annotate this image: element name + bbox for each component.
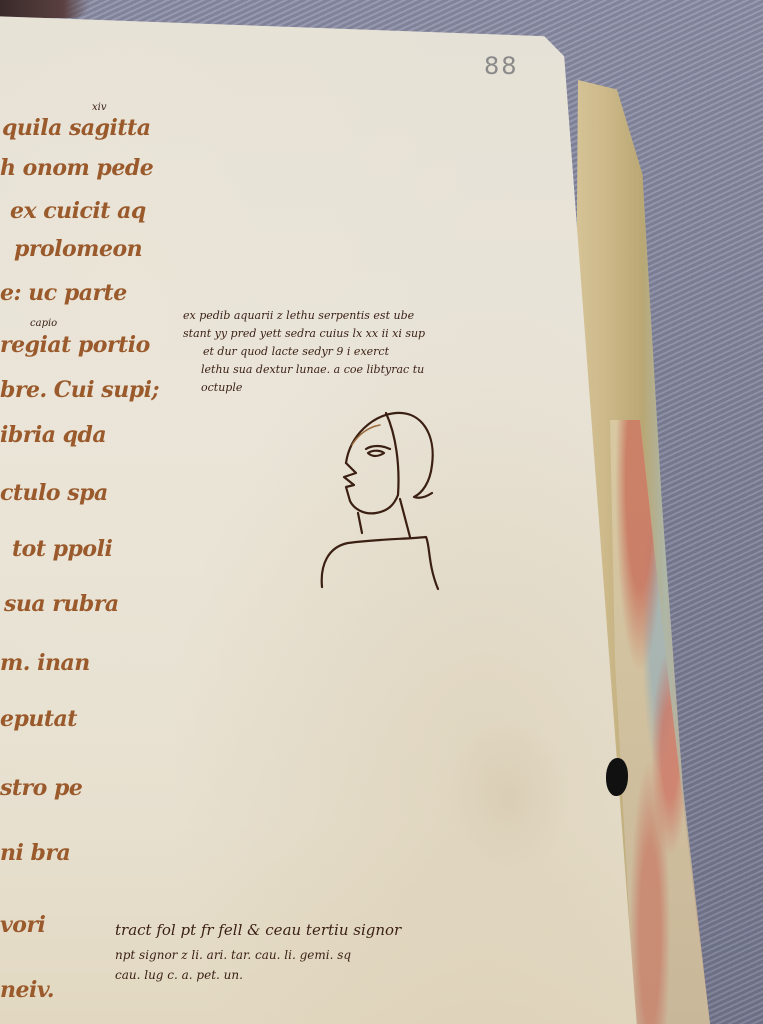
main-text-line: sua rubra	[4, 591, 119, 617]
gloss-line: stant yy pred yett sedra cuius lx xx ii …	[183, 325, 583, 343]
bottom-gloss: tract fol pt fr fell & ceau tertiu signo…	[115, 915, 645, 985]
main-text-line: neiv.	[0, 977, 54, 1003]
main-text-line: bre. Cui supi;	[0, 377, 159, 403]
main-text-line: tot ppoli	[12, 536, 112, 562]
folio-number: 88	[484, 52, 519, 80]
gloss-line: npt signor z li. ari. tar. cau. li. gemi…	[115, 945, 645, 965]
main-text-line: regiat portio	[0, 332, 150, 358]
interlinear-note: capio	[30, 318, 57, 329]
main-text-line: prolomeon	[14, 236, 142, 262]
gloss-line: octuple	[183, 379, 583, 397]
gloss-line: et dur quod lacte sedyr 9 i exerct	[183, 343, 583, 361]
gloss-line: cau. lug c. a. pet. un.	[115, 965, 645, 985]
main-text-line: ni bra	[0, 840, 70, 866]
main-text-line: e: uc parte	[0, 280, 127, 306]
interlinear-note: xiv	[92, 102, 107, 113]
main-text-line: h onom pede	[0, 155, 153, 181]
stain	[450, 716, 570, 876]
main-text-line: ctulo spa	[0, 480, 108, 506]
main-text-line: quila sagitta	[2, 115, 150, 141]
main-text-line: eputat	[0, 706, 77, 732]
main-text-line: m. inan	[0, 650, 90, 676]
gloss-line: lethu sua dextur lunae. a coe libtyrac t…	[183, 361, 583, 379]
main-text-line: stro pe	[0, 775, 82, 801]
marginal-gloss: ex pedib aquarii z lethu serpentis est u…	[183, 307, 583, 397]
main-text-line: ibria qda	[0, 422, 106, 448]
main-text-line: vori	[0, 912, 45, 938]
main-text-line: ex cuicit aq	[10, 198, 146, 224]
gloss-line: tract fol pt fr fell & ceau tertiu signo…	[115, 915, 645, 945]
dark-corner	[0, 0, 90, 18]
head-sketch	[318, 405, 448, 599]
ink-blot	[606, 758, 628, 796]
gloss-line: ex pedib aquarii z lethu serpentis est u…	[183, 307, 583, 325]
